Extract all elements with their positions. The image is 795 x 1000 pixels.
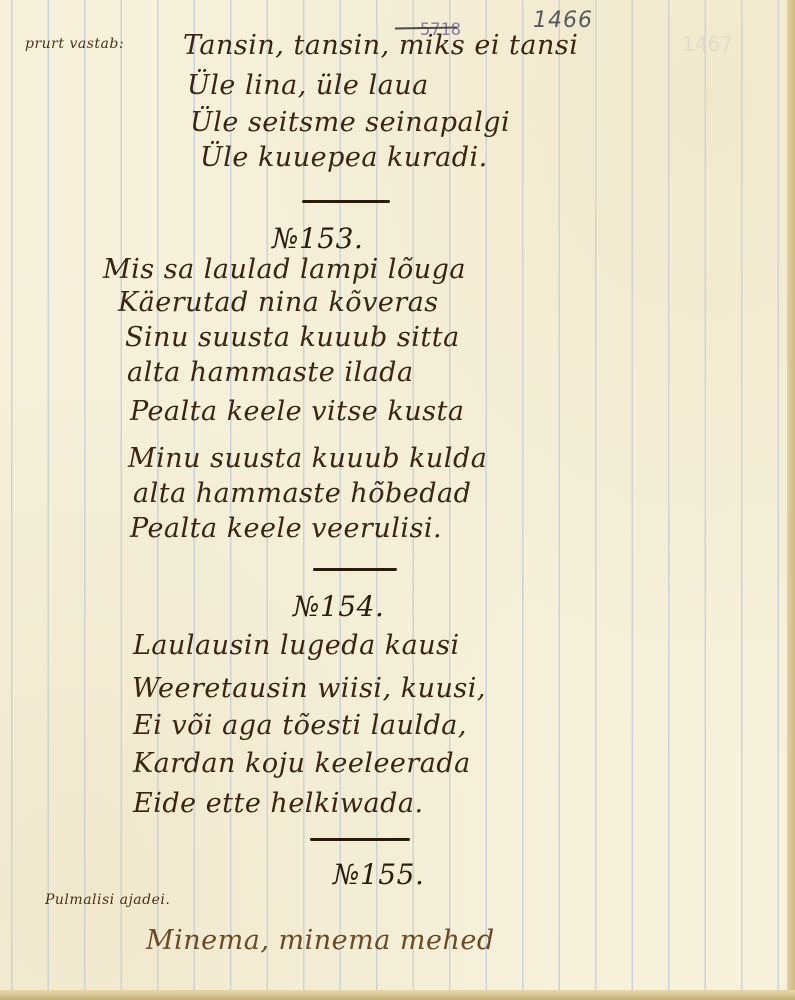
verse-line: Weeretausin wiisi, kuusi,: [132, 673, 486, 704]
verse-line: Üle lina, üle laua: [187, 70, 429, 101]
verse-line: Ei või aga tõesti laulda,: [133, 710, 467, 741]
verse-line: alta hammaste hõbedad: [133, 478, 471, 509]
margin-note-pulmalisi: Pulmalisi ajadei.: [45, 892, 170, 908]
song-number-heading: №154.: [293, 590, 384, 623]
verse-line: Mis sa laulad lampi lõuga: [103, 254, 466, 285]
verse-line: Minu suusta kuuub kulda: [128, 443, 487, 474]
manuscript-page: 1467 5718 1466 prurt vastab: Tansin, tan…: [0, 0, 787, 990]
verse-line: Üle seitsme seinapalgi: [190, 107, 510, 138]
verse-line: Sinu suusta kuuub sitta: [125, 322, 460, 353]
verse-line: Minema, minema mehed: [146, 925, 495, 956]
verse-line: Pealta keele veerulisi.: [130, 513, 442, 544]
section-divider: [310, 838, 410, 841]
section-divider: [313, 568, 397, 571]
page-edge-right: [787, 0, 795, 1000]
verse-line: Üle kuuepea kuradi.: [200, 142, 488, 173]
ghost-page-number: 1467: [682, 32, 733, 56]
section-divider: [302, 200, 390, 203]
verse-line: Tansin, tansin, miks ei tansi: [183, 30, 578, 61]
song-number-heading: №155.: [333, 858, 424, 891]
page-edge-bottom: [0, 990, 795, 1000]
verse-line: Pealta keele vitse kusta: [130, 396, 464, 427]
verse-line: Kardan koju keeleerada: [133, 748, 471, 779]
song-number-heading: №153.: [272, 222, 363, 255]
verse-line: Käerutad nina kõveras: [118, 287, 439, 318]
verse-line: Eide ette helkiwada.: [133, 788, 424, 819]
verse-line: Laulausin lugeda kausi: [133, 630, 460, 661]
margin-note-prurt-vastab: prurt vastab:: [25, 36, 124, 52]
verse-line: alta hammaste ilada: [127, 357, 414, 388]
